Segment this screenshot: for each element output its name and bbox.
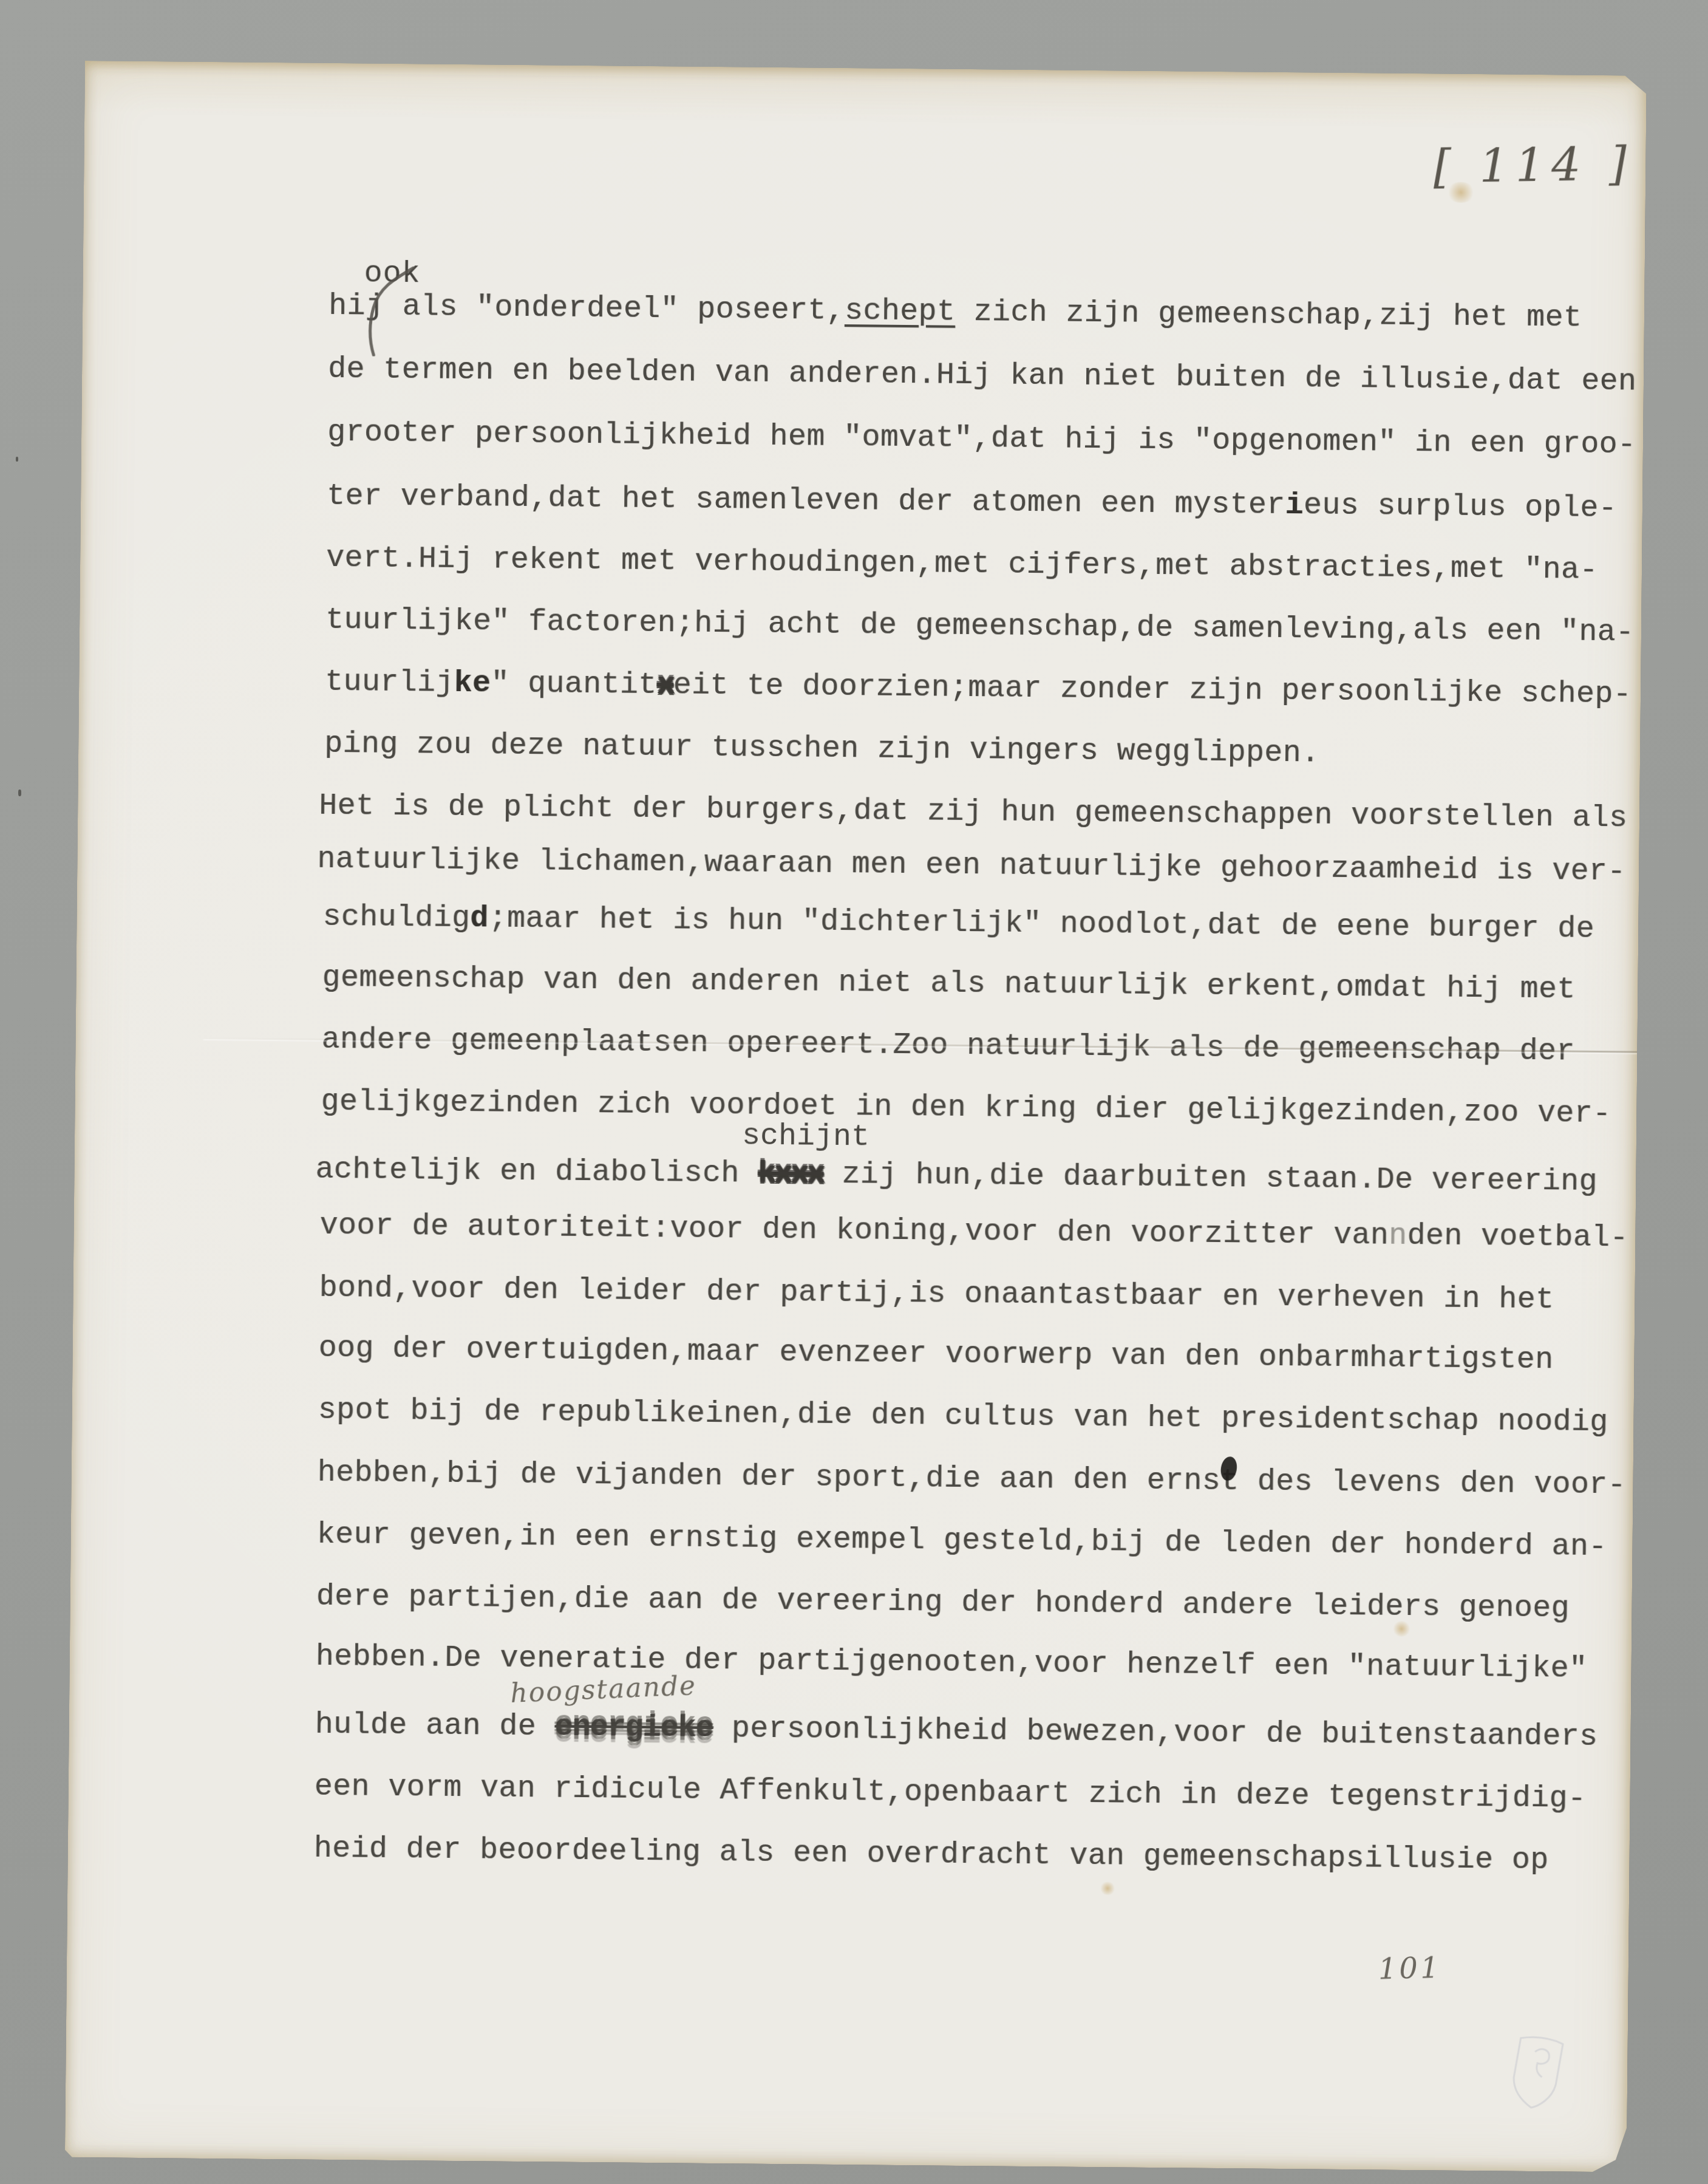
- typed-line: natuurlijke lichamen,waaraan men een nat…: [317, 845, 1626, 888]
- typed-line: heid der beoordeeling als een overdracht…: [314, 1834, 1549, 1877]
- typed-line: spot bij de republikeinen,die den cultus…: [318, 1396, 1608, 1438]
- typed-line: hij als "onderdeel" poseert,schept zich …: [328, 292, 1582, 334]
- handwritten-page-number-bottom: 101: [1378, 1951, 1441, 1987]
- typed-line: ter verband,dat het samenleven der atome…: [327, 482, 1617, 524]
- embossed-stamp: [1505, 2032, 1571, 2114]
- typed-line: tuurlijke" quantitxeit te doorzien;maar …: [325, 667, 1631, 711]
- typed-line: voor de autoriteit:voor den koning,voor …: [319, 1211, 1628, 1254]
- typed-line: hebben.De veneratie der partijgenooten,v…: [316, 1642, 1588, 1685]
- typed-line: een vorm van ridicule Affenkult,openbaar…: [314, 1772, 1586, 1815]
- typed-insertion-schijnt: schijnt: [742, 1119, 870, 1155]
- typed-line: Het is de plicht der burgers,dat zij hun…: [319, 791, 1628, 834]
- typed-line: achtelijk en diabolisch kxxx zij hun,die…: [315, 1155, 1597, 1198]
- typed-line: schuldigd;maar het is hun "dichterlijk" …: [322, 903, 1594, 945]
- typed-line: tuurlijke" factoren;hij acht de gemeensc…: [325, 606, 1635, 649]
- typed-line: gemeenschap van den anderen niet als nat…: [322, 963, 1576, 1006]
- typed-line: grooter persoonlijkheid hem "omvat",dat …: [327, 418, 1636, 461]
- manuscript-paper: hij als "onderdeel" poseert,schept zich …: [65, 61, 1647, 2172]
- foxing-spot: [1392, 1621, 1410, 1637]
- foxing-spot: [1100, 1882, 1115, 1895]
- typed-text-layer: hij als "onderdeel" poseert,schept zich …: [85, 61, 1647, 76]
- typed-line: vert.Hij rekent met verhoudingen,met cij…: [326, 544, 1598, 586]
- scan-background: hij als "onderdeel" poseert,schept zich …: [0, 0, 1708, 2184]
- typed-line: keur geven,in een ernstig exempel gestel…: [316, 1520, 1607, 1563]
- dust-speck: [18, 790, 21, 796]
- insertion-caret-mark: [342, 264, 418, 357]
- typed-line: ping zou deze natuur tusschen zijn vinge…: [324, 729, 1320, 770]
- typed-line: dere partijen,die aan de vereering der h…: [316, 1582, 1570, 1625]
- typed-line: gelijkgezinden zich voordoet in den krin…: [321, 1087, 1611, 1130]
- typed-line: de termen en beelden van anderen.Hij kan…: [328, 355, 1637, 398]
- typed-line: hebben,bij de vijanden der sport,die aan…: [317, 1458, 1626, 1501]
- foxing-spot: [1446, 182, 1475, 203]
- typed-line: oog der overtuigden,maar evenzeer voorwe…: [318, 1334, 1553, 1376]
- typed-line: hulde aan de energieke persoonlijkheid b…: [315, 1710, 1597, 1753]
- dust-speck: [16, 457, 18, 462]
- typed-line: bond,voor den leider der partij,is onaan…: [319, 1274, 1554, 1316]
